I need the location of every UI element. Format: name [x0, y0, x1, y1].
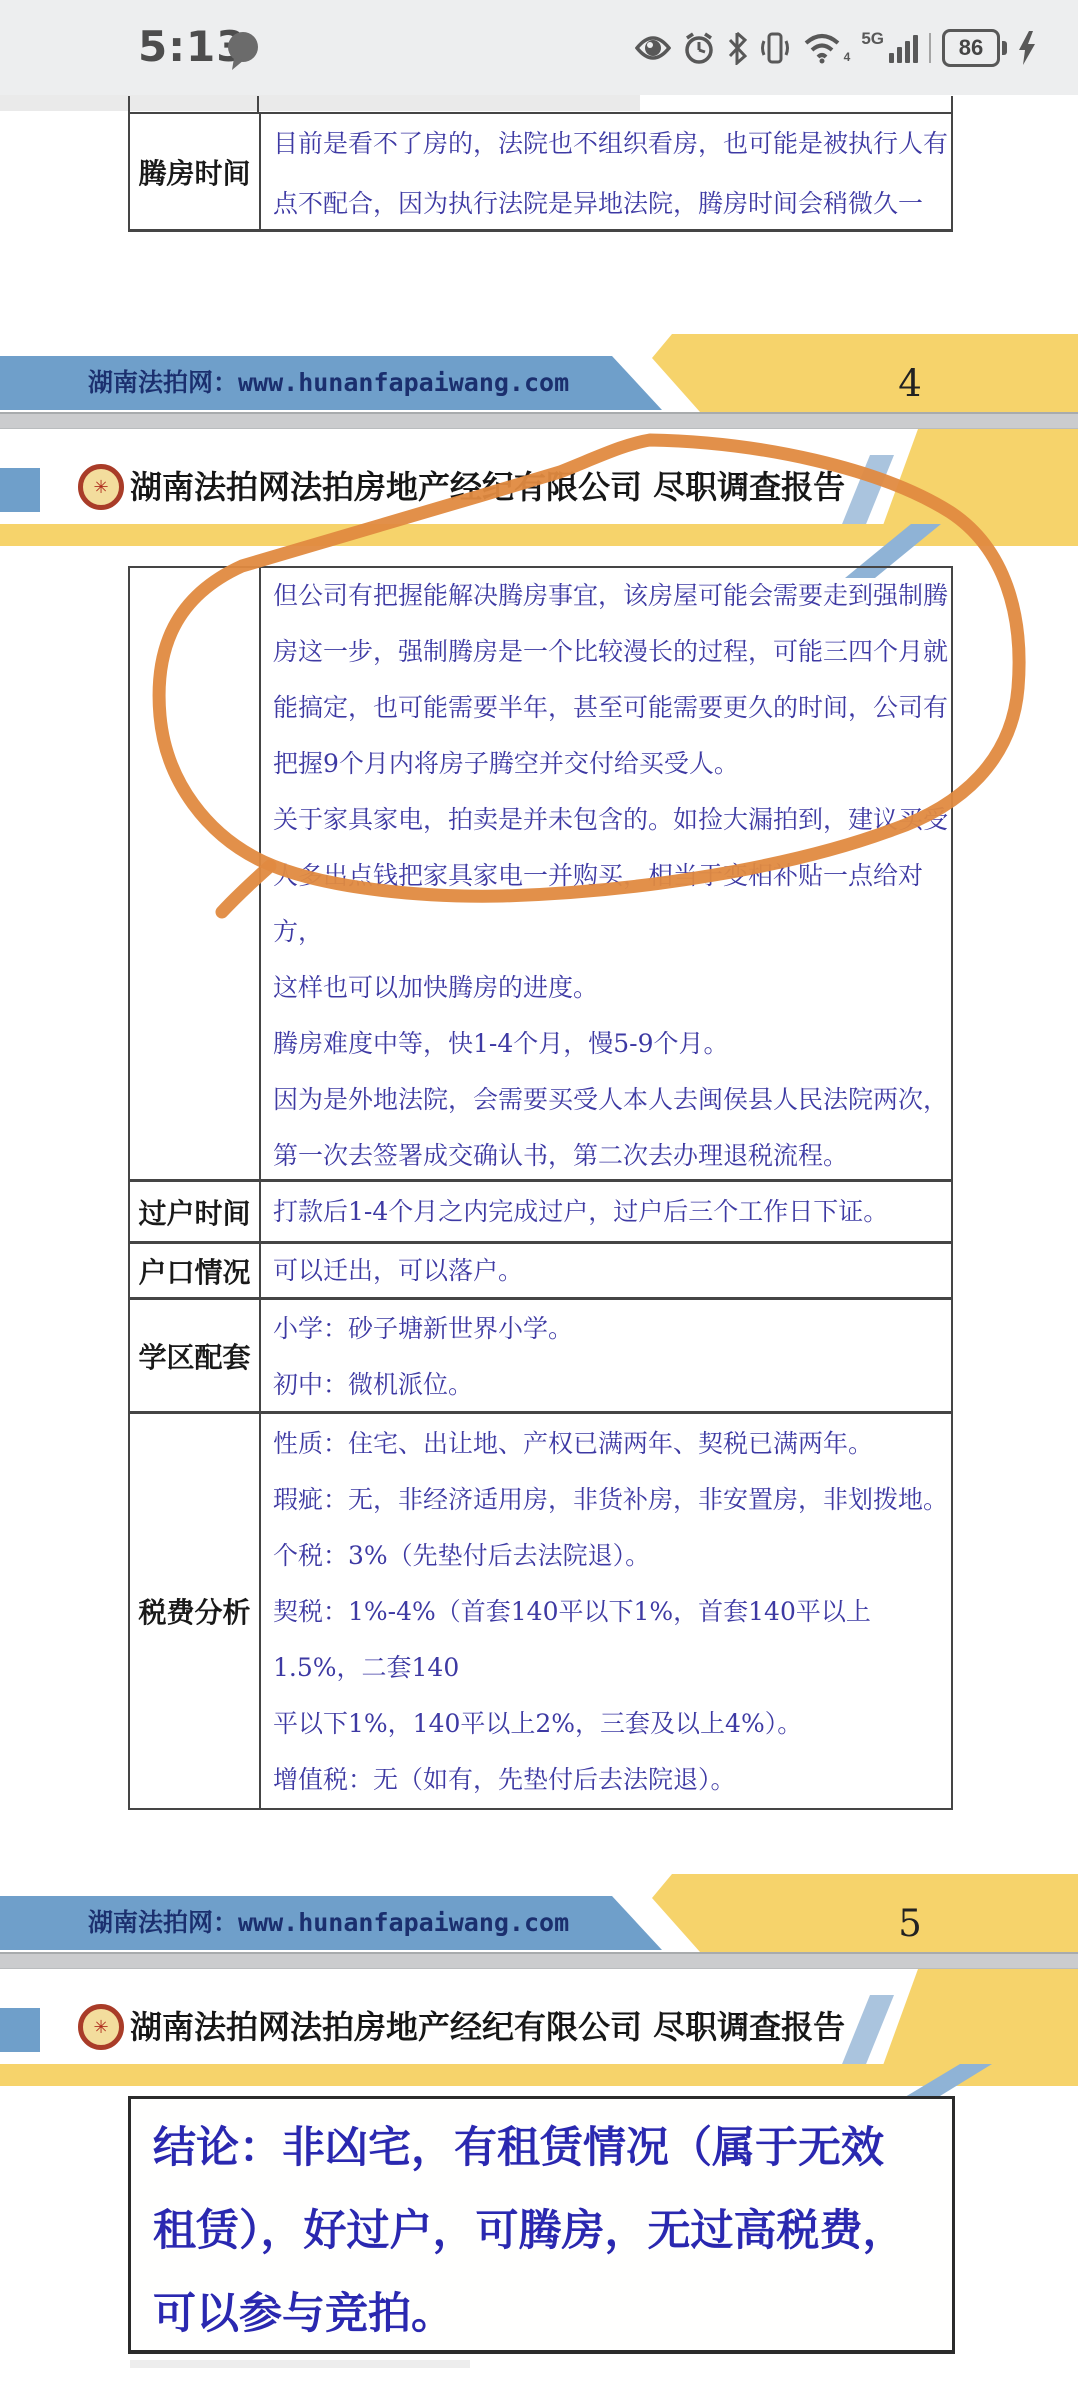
banner-yellow-shape [630, 334, 1078, 412]
signal-bars-icon [889, 33, 918, 63]
table-row: 腾房时间 目前是看不了房的，法院也不组织看房，也可能是被执行人有 点不配合，因为… [128, 112, 953, 232]
status-bar: 5:13 4 5G [0, 0, 1078, 95]
wifi-icon [803, 32, 841, 64]
table-stub-line [257, 96, 259, 112]
company-seal-icon: ✳ [78, 464, 124, 510]
charging-bolt-icon [1018, 31, 1036, 65]
table-stub-line [951, 96, 953, 112]
table-stub-line [128, 96, 130, 112]
banner-blue-shape: 湖南法拍网：www.hunanfapaiwang.com [0, 356, 662, 410]
site-label: 湖南法拍网：www.hunanfapaiwang.com [0, 356, 662, 410]
row-label: 腾房时间 [130, 114, 261, 229]
conclusion-box: 结论：非凶宅，有租赁情况（属于无效 租赁），好过户，可腾房，无过高税费， 可以参… [128, 2096, 955, 2354]
battery-indicator: 86 [942, 29, 1007, 67]
corner-yellow-shape [868, 429, 1078, 539]
row-label: 户口情况 [130, 1244, 261, 1297]
row-label: 学区配套 [130, 1300, 261, 1411]
box-shadow-streak [130, 2360, 470, 2368]
header-yellow-band [0, 2064, 1078, 2086]
row-label [130, 568, 261, 1179]
row-label: 过户时间 [130, 1182, 261, 1241]
battery-percent: 86 [959, 35, 983, 61]
status-divider [929, 33, 931, 63]
conclusion-text: 结论：非凶宅，有租赁情况（属于无效 租赁），好过户，可腾房，无过高税费， 可以参… [131, 2099, 952, 2356]
table-row: 但公司有把握能解决腾房事宜，该房屋可能会需要走到强制腾 房这一步，强制腾房是一个… [128, 566, 953, 1182]
row-text: 目前是看不了房的，法院也不组织看房，也可能是被执行人有 点不配合，因为执行法院是… [261, 114, 951, 229]
page-number: 5 [880, 1896, 940, 1950]
site-label: 湖南法拍网：www.hunanfapaiwang.com [0, 1896, 662, 1950]
phone-screen: 5:13 4 5G [0, 0, 1078, 2400]
table-row: 过户时间 打款后1-4个月之内完成过户，过户后三个工作日下证。 [128, 1182, 953, 1244]
page-number: 4 [880, 356, 940, 410]
alarm-icon [682, 31, 716, 65]
page-divider-bar [0, 412, 1078, 429]
eye-protection-icon [635, 33, 671, 63]
document-page[interactable]: 腾房时间 目前是看不了房的，法院也不组织看房，也可能是被执行人有 点不配合，因为… [0, 95, 1078, 2400]
table-row: 学区配套 小学：砂子塘新世界小学。 初中：微机派位。 [128, 1300, 953, 1414]
company-seal-icon: ✳ [78, 2004, 124, 2050]
vibrate-icon [758, 31, 792, 65]
row-text: 可以迁出，可以落户。 [261, 1244, 951, 1297]
row-label: 税费分析 [130, 1414, 261, 1808]
status-icons: 4 5G 86 [635, 24, 1036, 72]
wifi-sub-label: 4 [844, 50, 851, 64]
header-blue-square [0, 468, 40, 512]
table-row: 税费分析 性质：住宅、出让地、产权已满两年、契税已满两年。 瑕疵：无，非经济适用… [128, 1414, 953, 1810]
report-title: 湖南法拍网法拍房地产经纪有限公司 尽职调查报告 [130, 464, 845, 510]
bluetooth-icon [727, 31, 747, 65]
network-type-label: 5G [861, 29, 884, 49]
banner-blue-shape: 湖南法拍网：www.hunanfapaiwang.com [0, 1896, 662, 1950]
report-title: 湖南法拍网法拍房地产经纪有限公司 尽职调查报告 [130, 2004, 845, 2050]
row-text: 小学：砂子塘新世界小学。 初中：微机派位。 [261, 1300, 951, 1411]
table-row: 户口情况 可以迁出，可以落户。 [128, 1244, 953, 1300]
row-text: 打款后1-4个月之内完成过户，过户后三个工作日下证。 [261, 1182, 951, 1241]
header-blue-square [0, 2008, 40, 2052]
row-text: 但公司有把握能解决腾房事宜，该房屋可能会需要走到强制腾 房这一步，强制腾房是一个… [261, 568, 951, 1179]
page-divider-bar [0, 1952, 1078, 1969]
corner-yellow-shape [868, 1969, 1078, 2079]
row-text: 性质：住宅、出让地、产权已满两年、契税已满两年。 瑕疵：无，非经济适用房，非货补… [261, 1414, 951, 1808]
chat-bubble-icon [224, 30, 262, 75]
banner-yellow-shape [630, 1874, 1078, 1952]
page-edge-shadow [0, 95, 640, 111]
